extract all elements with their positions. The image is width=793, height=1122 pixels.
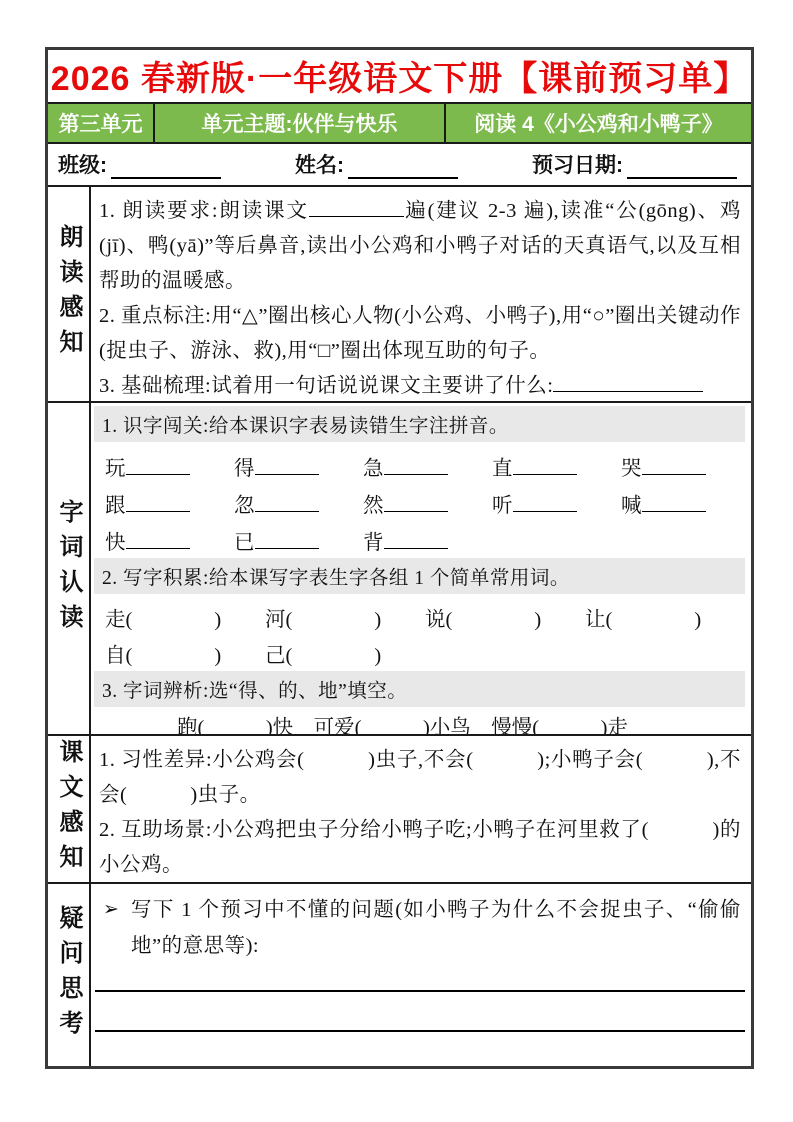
text-item-1: 1. 习性差异:小公鸡会( )虫子,不会( );小鸭子会( ),不会( )虫子。: [91, 743, 751, 813]
word-row-2: 自( ) 己( ): [91, 632, 751, 668]
fill-blank: [255, 493, 319, 512]
char: 背: [363, 532, 384, 554]
section-label-cell: 字词认读: [48, 403, 91, 734]
section-label: 课文感知: [51, 739, 86, 879]
name-field: 姓名:: [295, 149, 458, 179]
fill-blank: [642, 456, 706, 475]
fill-blank: [309, 198, 404, 217]
worksheet: 2026 春新版·一年级语文下册【课前预习单】 第三单元 单元主题:伙伴与快乐 …: [45, 47, 754, 1069]
arrow-bullet-icon: ➢: [103, 892, 119, 928]
question-prompt-text: 写下 1 个预习中不懂的问题(如小鸭子为什么不会捉虫子、“偷偷地”的意思等):: [131, 899, 741, 957]
question-prompt: ➢ 写下 1 个预习中不懂的问题(如小鸭子为什么不会捉虫子、“偷偷地”的意思等)…: [91, 884, 751, 964]
lesson-title: 阅读 4《小公鸡和小鸭子》: [446, 104, 751, 142]
class-blank: [111, 155, 221, 179]
char-blank: 直: [492, 451, 621, 481]
task-header-word-building: 2. 写字积累:给本课写字表生字各组 1 个简单常用词。: [94, 558, 745, 594]
section-words-reading: 字词认读 1. 识字闯关:给本课识字表易读错生字注拼音。 玩 得 急 直 哭 跟…: [48, 403, 751, 736]
text-item-2: 2. 互助场景:小公鸡把虫子分给小鸭子吃;小鸭子在河里救了( )的小公鸡。: [91, 813, 751, 882]
fill-blank: [255, 456, 319, 475]
char: 然: [363, 495, 384, 517]
section-label-cell: 疑问思考: [48, 884, 91, 1066]
char: 听: [492, 495, 513, 517]
char-blank: 快: [105, 525, 234, 555]
word-blank: 己( ): [265, 638, 425, 668]
char-blank: 喊: [621, 488, 750, 518]
char: 急: [363, 458, 384, 480]
section-label-cell: 朗读感知: [48, 187, 91, 401]
char: 直: [492, 458, 513, 480]
char-blank: 跟: [105, 488, 234, 518]
name-blank: [348, 155, 458, 179]
section-questions: 疑问思考 ➢ 写下 1 个预习中不懂的问题(如小鸭子为什么不会捉虫子、“偷偷地”…: [48, 884, 751, 1066]
task-header-word-choice: 3. 字词辨析:选“得、的、地”填空。: [94, 671, 745, 707]
fill-blank: [384, 456, 448, 475]
title-row: 2026 春新版·一年级语文下册【课前预习单】: [48, 50, 751, 104]
char: 忽: [234, 495, 255, 517]
page-title: 2026 春新版·一年级语文下册【课前预习单】: [51, 51, 748, 100]
task-header-pinyin: 1. 识字闯关:给本课识字表易读错生字注拼音。: [94, 406, 745, 442]
date-blank: [627, 155, 737, 179]
writing-line: [95, 992, 745, 1032]
word-blank: 走( ): [105, 602, 265, 632]
section-text-perception: 课文感知 1. 习性差异:小公鸡会( )虫子,不会( );小鸭子会( ),不会(…: [48, 736, 751, 884]
char-blank: 玩: [105, 451, 234, 481]
date-label: 预习日期:: [532, 149, 623, 179]
char-blank: 背: [363, 525, 492, 555]
reading-item-3: 3. 基础梳理:试着用一句话说说课文主要讲了什么:: [91, 369, 751, 401]
class-label: 班级:: [58, 149, 107, 179]
word-blank: 自( ): [105, 638, 265, 668]
fill-blank: [642, 493, 706, 512]
fill-blank: [126, 493, 190, 512]
section-reading-perception: 朗读感知 1. 朗读要求:朗读课文遍(建议 2-3 遍),读准“公(gōng)、…: [48, 187, 751, 403]
char: 得: [234, 458, 255, 480]
word-blank: 河( ): [265, 602, 425, 632]
char-blank: 忽: [234, 488, 363, 518]
section-content: 1. 朗读要求:朗读课文遍(建议 2-3 遍),读准“公(gōng)、鸡(jī)…: [91, 187, 751, 401]
section-content: ➢ 写下 1 个预习中不懂的问题(如小鸭子为什么不会捉虫子、“偷偷地”的意思等)…: [91, 884, 751, 1066]
char-blank: 已: [234, 525, 363, 555]
reading-item-1-text: 1. 朗读要求:朗读课文: [99, 200, 309, 222]
section-content: 1. 识字闯关:给本课识字表易读错生字注拼音。 玩 得 急 直 哭 跟 忽 然 …: [91, 403, 751, 734]
pinyin-row-1: 玩 得 急 直 哭: [91, 444, 751, 481]
char: 玩: [105, 458, 126, 480]
pinyin-row-3: 快 已 背: [91, 518, 751, 555]
fill-blank: [513, 456, 577, 475]
unit-bar: 第三单元 单元主题:伙伴与快乐 阅读 4《小公鸡和小鸭子》: [48, 104, 751, 144]
word-choice-line: 跑( )快 可爱( )小鸟 慢慢( )走: [91, 710, 751, 734]
writing-line: [95, 964, 745, 992]
fill-blank: [126, 530, 190, 549]
pinyin-row-2: 跟 忽 然 听 喊: [91, 481, 751, 518]
char: 快: [105, 532, 126, 554]
reading-item-3-text: 3. 基础梳理:试着用一句话说说课文主要讲了什么:: [99, 375, 553, 397]
word-blank: 说( ): [425, 602, 585, 632]
word-blank: 让( ): [585, 602, 745, 632]
unit-theme: 单元主题:伙伴与快乐: [155, 104, 446, 142]
fill-blank: [126, 456, 190, 475]
section-label: 疑问思考: [51, 905, 86, 1045]
section-label: 字词认读: [51, 499, 86, 639]
word-row-1: 走( ) 河( ) 说( ) 让( ): [91, 596, 751, 632]
writing-line: [95, 1032, 745, 1066]
char: 已: [234, 532, 255, 554]
char: 喊: [621, 495, 642, 517]
fill-blank: [384, 493, 448, 512]
class-field: 班级:: [58, 149, 221, 179]
reading-item-1: 1. 朗读要求:朗读课文遍(建议 2-3 遍),读准“公(gōng)、鸡(jī)…: [91, 194, 751, 299]
section-content: 1. 习性差异:小公鸡会( )虫子,不会( );小鸭子会( ),不会( )虫子。…: [91, 736, 751, 882]
char: 跟: [105, 495, 126, 517]
fill-blank: [255, 530, 319, 549]
fill-blank: [513, 493, 577, 512]
name-label: 姓名:: [295, 149, 344, 179]
unit-number: 第三单元: [48, 104, 155, 142]
fill-blank: [384, 530, 448, 549]
section-label: 朗读感知: [51, 224, 86, 364]
reading-item-2: 2. 重点标注:用“△”圈出核心人物(小公鸡、小鸭子),用“○”圈出关键动作(捉…: [91, 299, 751, 369]
char-blank: 然: [363, 488, 492, 518]
section-label-cell: 课文感知: [48, 736, 91, 882]
char-blank: 听: [492, 488, 621, 518]
char: 哭: [621, 458, 642, 480]
info-bar: 班级: 姓名: 预习日期:: [48, 144, 751, 187]
char-blank: 急: [363, 451, 492, 481]
fill-blank: [553, 373, 703, 392]
date-field: 预习日期:: [532, 149, 737, 179]
char-blank: 哭: [621, 451, 750, 481]
char-blank: 得: [234, 451, 363, 481]
